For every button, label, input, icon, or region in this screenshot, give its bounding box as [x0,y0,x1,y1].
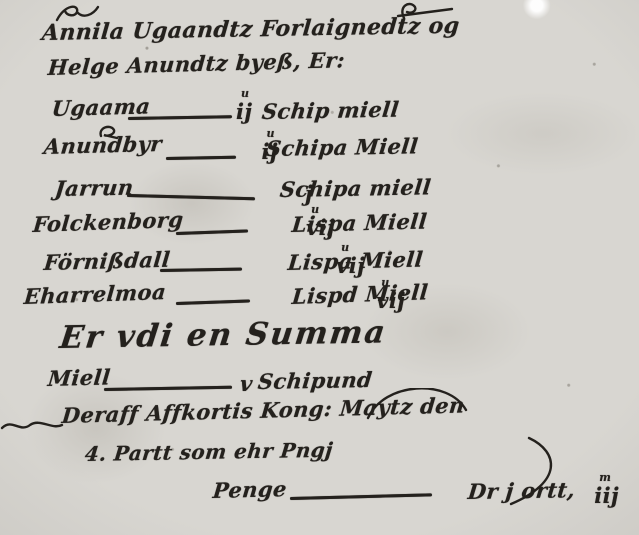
dash-leader [166,156,236,160]
deduction-line-1: Deraff Affkortis Kong: Maytz den [61,392,466,428]
quantity-value: ij [236,99,252,124]
summa-heading: Er vdi en Summa [58,314,389,356]
dash-leader [176,299,250,305]
summa-quantity: v [238,371,254,396]
entry-unit: Lispa Miell [287,246,424,275]
entry-unit: Lispd Miell [291,279,429,309]
money-label: Penge [212,476,288,503]
entry-quantity: uij [236,99,252,124]
heading-line-2: Helge Anundtz byeß, Er: [47,47,346,80]
entry-name: Folckenborg [32,207,185,237]
pen-flourish-icon [0,416,64,436]
entry-name: Eharrelmoa [23,279,167,309]
quantity-superscript: u [241,87,249,100]
entry-unit: Schipa Miell [265,133,420,161]
summa-label: Miell [47,364,112,391]
dash-leader [104,386,232,391]
dash-leader [176,229,248,235]
dash-leader [160,268,242,272]
entry-unit: Schipa miell [279,174,433,202]
quantity-superscript: m [599,471,611,484]
manuscript-page: Annila Ugaandtz Forlaignedtz og Helge An… [0,0,639,535]
heading-line-1: Annila Ugaandtz Forlaignedtz og [41,13,461,46]
entry-name: Förnißdall [43,247,172,275]
entry-name: Anundbyr [43,131,163,159]
deduction-line-2: 4. Partt som ehr Pngj [84,438,334,466]
money-unit: Dr j ortt, [467,477,577,504]
dash-leader [127,194,255,200]
entry-unit: Schip miell [261,97,401,124]
money-quantity: miij [594,483,619,508]
entry-name: Jarrun [54,175,135,201]
summa-unit: Schipund [257,367,374,394]
dash-leader [128,115,232,120]
dash-leader [290,493,432,500]
entry-unit: Lispa Miell [291,208,428,237]
quantity-value: iij [594,483,619,508]
